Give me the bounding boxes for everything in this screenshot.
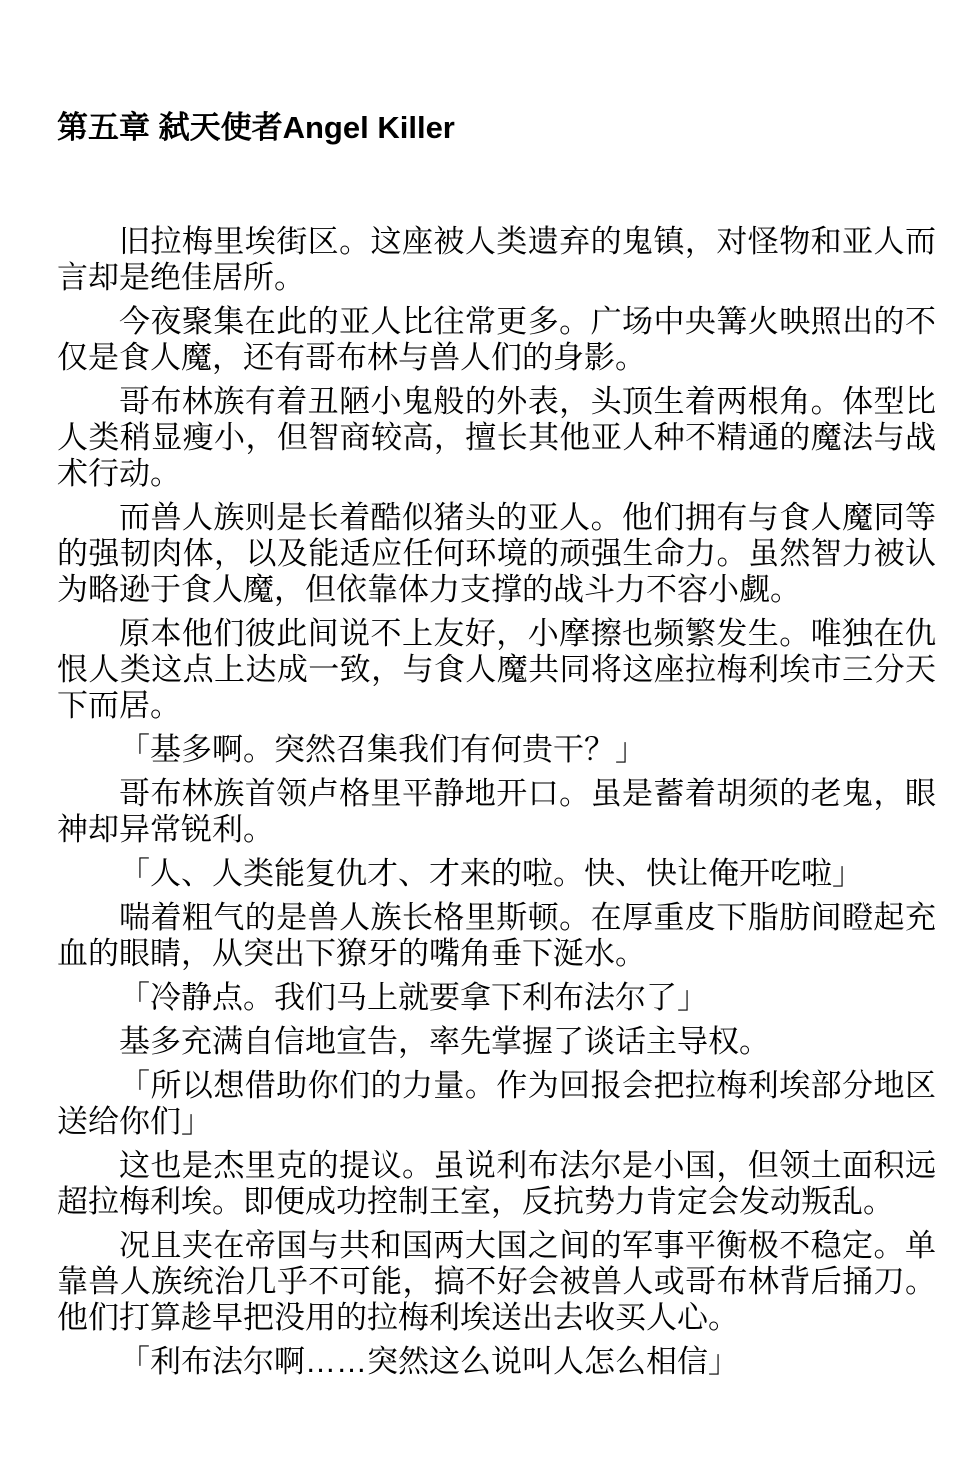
paragraph: 哥布林族有着丑陋小鬼般的外表，头顶生着两根角。体型比人类稍显瘦小，但智商较高，擅… xyxy=(57,384,936,492)
paragraph: 喘着粗气的是兽人族长格里斯顿。在厚重皮下脂肪间瞪起充血的眼睛，从突出下獠牙的嘴角… xyxy=(57,900,936,972)
paragraph: 「基多啊。突然召集我们有何贵干？」 xyxy=(57,732,936,768)
paragraph: 今夜聚集在此的亚人比往常更多。广场中央篝火映照出的不仅是食人魔，还有哥布林与兽人… xyxy=(57,304,936,376)
paragraph: 而兽人族则是长着酷似猪头的亚人。他们拥有与食人魔同等的强韧肉体，以及能适应任何环… xyxy=(57,500,936,608)
paragraph: 「所以想借助你们的力量。作为回报会把拉梅利埃部分地区送给你们」 xyxy=(57,1068,936,1140)
paragraph: 况且夹在帝国与共和国两大国之间的军事平衡极不稳定。单靠兽人族统治几乎不可能，搞不… xyxy=(57,1228,936,1336)
paragraph: 原本他们彼此间说不上友好，小摩擦也频繁发生。唯独在仇恨人类这点上达成一致，与食人… xyxy=(57,616,936,724)
paragraph: 这也是杰里克的提议。虽说利布法尔是小国，但领土面积远超拉梅利埃。即便成功控制王室… xyxy=(57,1148,936,1220)
document-page: 第五章 弑天使者Angel Killer 旧拉梅里埃街区。这座被人类遗弃的鬼镇，… xyxy=(0,0,974,1459)
paragraph: 哥布林族首领卢格里平静地开口。虽是蓄着胡须的老鬼，眼神却异常锐利。 xyxy=(57,776,936,848)
chapter-body: 旧拉梅里埃街区。这座被人类遗弃的鬼镇，对怪物和亚人而言却是绝佳居所。今夜聚集在此… xyxy=(57,224,936,1380)
paragraph: 旧拉梅里埃街区。这座被人类遗弃的鬼镇，对怪物和亚人而言却是绝佳居所。 xyxy=(57,224,936,296)
paragraph: 基多充满自信地宣告，率先掌握了谈话主导权。 xyxy=(57,1024,936,1060)
paragraph: 「人、人类能复仇才、才来的啦。快、快让俺开吃啦」 xyxy=(57,856,936,892)
paragraph: 「利布法尔啊……突然这么说叫人怎么相信」 xyxy=(57,1344,936,1380)
paragraph: 「冷静点。我们马上就要拿下利布法尔了」 xyxy=(57,980,936,1016)
chapter-title: 第五章 弑天使者Angel Killer xyxy=(57,110,936,146)
